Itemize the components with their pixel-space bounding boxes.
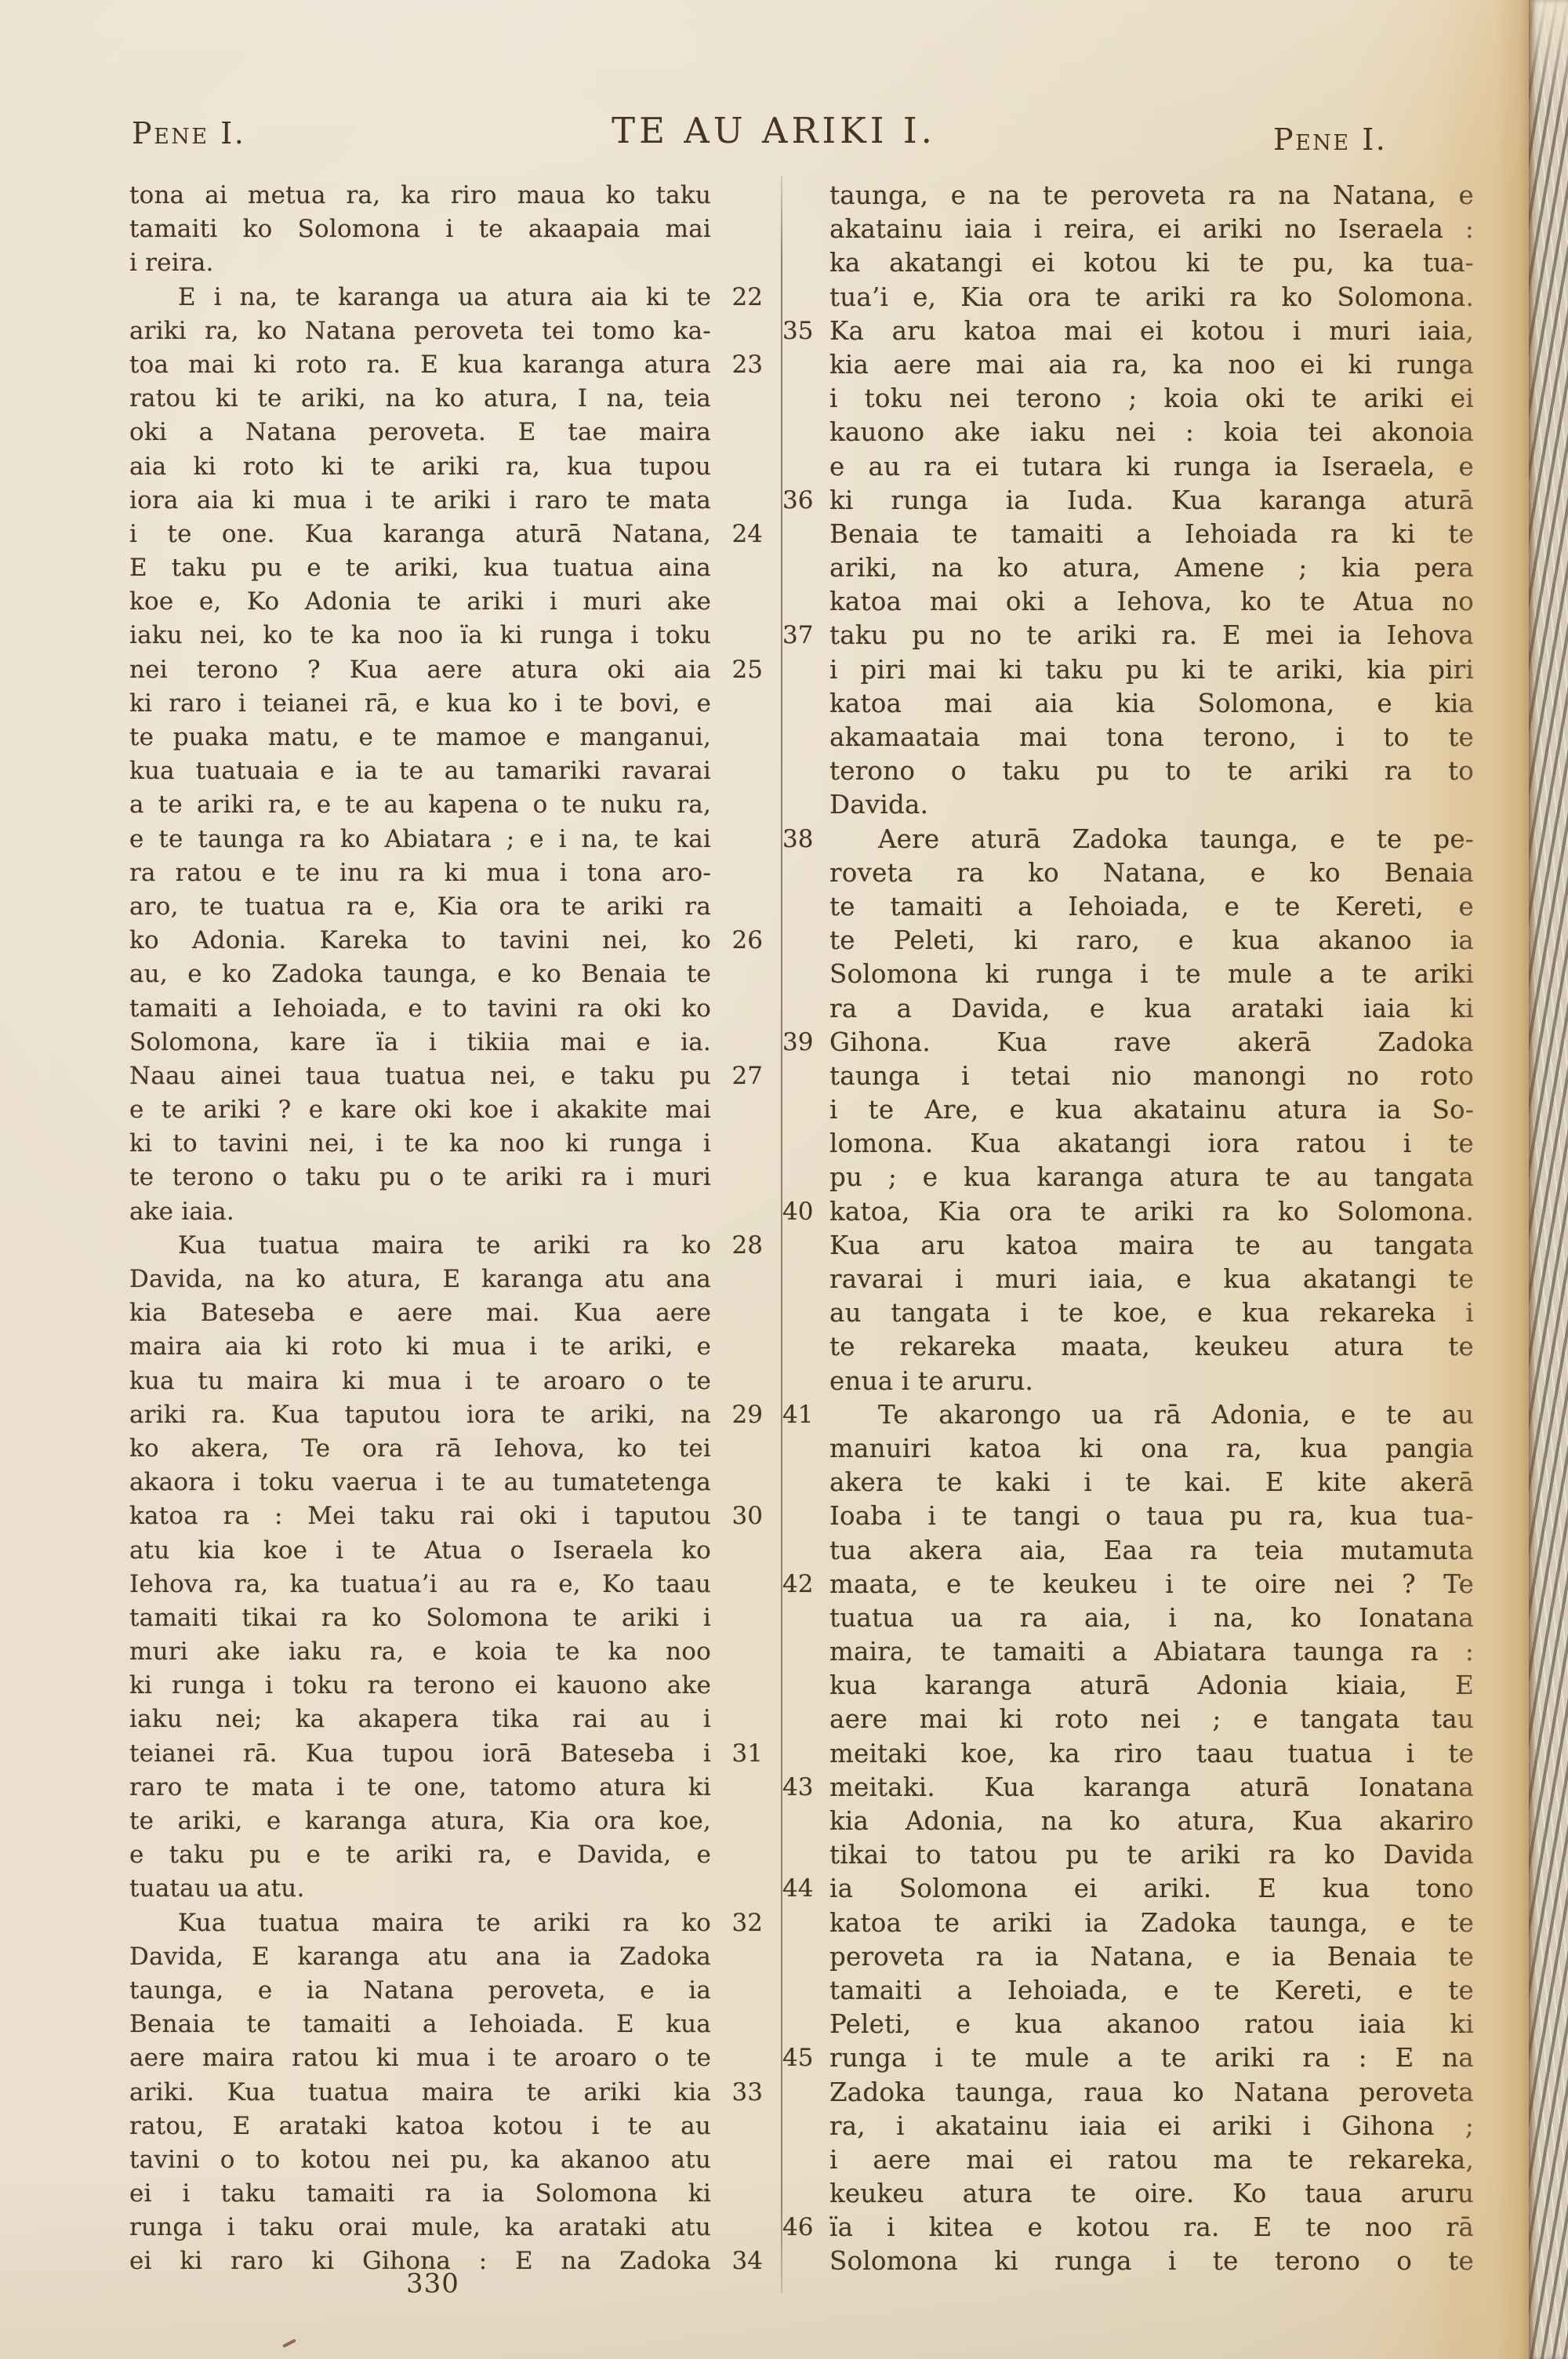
text-line: taku pu no te ariki ra. E mei ia Iehova3… — [829, 619, 1474, 652]
text-line: e te taunga ra ko Abiatara ; e i na, te … — [129, 823, 711, 856]
verse-text: iaku nei; ka akapera tika rai au i — [129, 1703, 711, 1736]
verse-text: Davida. — [829, 788, 1474, 822]
verse-text: oki a Natana peroveta. E tae maira — [129, 416, 711, 449]
verse-text: tona ai metua ra, ka riro maua ko taku — [129, 179, 711, 213]
text-line: Zadoka taunga, raua ko Natana peroveta — [829, 2076, 1474, 2110]
text-line: E i na, te karanga ua atura aia ki te22 — [129, 281, 711, 314]
text-line: tuatau ua atu. — [129, 1872, 711, 1906]
text-line: kia aere mai aia ra, ka noo ei ki runga — [829, 348, 1474, 382]
verse-text: i toku nei terono ; koia oki te ariki ei — [829, 382, 1474, 416]
verse-number: 31 — [716, 1737, 763, 1771]
text-line: E taku pu e te ariki, kua tuatua aina — [129, 551, 711, 585]
text-line: toa mai ki roto ra. E kua karanga atura2… — [129, 348, 711, 382]
text-line: tikai to tatou pu te ariki ra ko Davida — [829, 1838, 1474, 1872]
text-line: tuatua ua ra aia, i na, ko Ionatana — [829, 1601, 1474, 1635]
verse-text: katoa, Kia ora te ariki ra ko Solomona. — [829, 1195, 1474, 1229]
verse-number: 40 — [782, 1195, 823, 1229]
text-line: ariki ra. Kua taputou iora te ariki, na2… — [129, 1398, 711, 1432]
text-line: te ariki, e karanga atura, Kia ora koe, — [129, 1805, 711, 1838]
verse-text: tamaiti a Iehoiada, e to tavini ra oki k… — [129, 992, 711, 1026]
verse-text: terono o taku pu to te ariki ra to — [829, 754, 1474, 788]
verse-text: taunga, e na te peroveta ra na Natana, e — [829, 179, 1474, 213]
text-line: te terono o taku pu o te ariki ra i muri — [129, 1161, 711, 1194]
verse-text: E i na, te karanga ua atura aia ki te — [129, 281, 711, 314]
verse-number: 32 — [716, 1906, 763, 1940]
verse-text: enua i te aruru. — [829, 1365, 1474, 1398]
text-line: ravarai i muri iaia, e kua akatangi te — [829, 1263, 1474, 1296]
text-line: kia Bateseba e aere mai. Kua aere — [129, 1296, 711, 1330]
verse-text: koe e, Ko Adonia te ariki i muri ake — [129, 585, 711, 619]
text-line: a te ariki ra, e te au kapena o te nuku … — [129, 788, 711, 822]
verse-text: Aere aturā Zadoka taunga, e te pe- — [829, 823, 1474, 856]
text-line: iaku nei, ko te ka noo ïa ki runga i tok… — [129, 619, 711, 652]
book-page: Pene I. TE AU ARIKI I. Pene I. tona ai m… — [0, 0, 1568, 2359]
verse-text: katoa mai aia kia Solomona, e kia — [829, 687, 1474, 721]
page-curl — [1450, 0, 1532, 2359]
text-line: ratou ki te ariki, na ko atura, I na, te… — [129, 382, 711, 416]
text-line: teianei rā. Kua tupou iorā Bateseba i31 — [129, 1737, 711, 1771]
verse-text: atu kia koe i te Atua o Iseraela ko — [129, 1534, 711, 1568]
text-line: au tangata i te koe, e kua rekareka i — [829, 1296, 1474, 1330]
text-line: taunga i tetai nio manongi no roto — [829, 1060, 1474, 1093]
text-line: ka akatangi ei kotou ki te pu, ka tua- — [829, 246, 1474, 280]
verse-text: taunga i tetai nio manongi no roto — [829, 1060, 1474, 1093]
verse-text: tamaiti ko Solomona i te akaapaia mai — [129, 213, 711, 246]
text-line: akatainu iaia i reira, ei ariki no Isera… — [829, 213, 1474, 246]
text-line: ki raro i teianei rā, e kua ko i te bovi… — [129, 687, 711, 721]
verse-text: nei terono ? Kua aere atura oki aia — [129, 653, 711, 687]
text-line: ariki, na ko atura, Amene ; kia pera — [829, 551, 1474, 585]
text-line: ïa i kitea e kotou ra. E te noo rā46 — [829, 2211, 1474, 2245]
text-line: i toku nei terono ; koia oki te ariki ei — [829, 382, 1474, 416]
text-line: kauono ake iaku nei : koia tei akonoia — [829, 416, 1474, 449]
text-line: kua karanga aturā Adonia kiaia, E — [829, 1669, 1474, 1703]
verse-text: tuatau ua atu. — [129, 1872, 711, 1906]
verse-number: 37 — [782, 619, 823, 652]
text-line: katoa mai oki a Iehova, ko te Atua no — [829, 585, 1474, 619]
verse-text: teianei rā. Kua tupou iorā Bateseba i — [129, 1737, 711, 1771]
text-line: ei i taku tamaiti ra ia Solomona ki — [129, 2177, 711, 2211]
verse-number: 45 — [782, 2041, 823, 2075]
verse-text: Iehova ra, ka tuatua’i au ra e, Ko taau — [129, 1568, 711, 1601]
text-line: ariki. Kua tuatua maira te ariki kia33 — [129, 2076, 711, 2110]
text-line: pu ; e kua karanga atura te au tangata — [829, 1161, 1474, 1194]
text-line: taunga, e na te peroveta ra na Natana, e — [829, 179, 1474, 213]
verse-text: kua tu maira ki mua i te aroaro o te — [129, 1365, 711, 1398]
verse-text: tavini o to kotou nei pu, ka akanoo atu — [129, 2143, 711, 2177]
text-line: Ka aru katoa mai ei kotou i muri iaia,35 — [829, 314, 1474, 348]
verse-number: 29 — [716, 1398, 763, 1432]
verse-text: roveta ra ko Natana, e ko Benaia — [829, 856, 1474, 890]
text-line: katoa, Kia ora te ariki ra ko Solomona.4… — [829, 1195, 1474, 1229]
verse-text: toa mai ki roto ra. E kua karanga atura — [129, 348, 711, 382]
verse-text: te puaka matu, e te mamoe e manganui, — [129, 721, 711, 754]
verse-text: ariki. Kua tuatua maira te ariki kia — [129, 2076, 711, 2110]
verse-text: maata, e te keukeu i te oire nei ? Te — [829, 1568, 1474, 1601]
verse-text: ko Adonia. Kareka to tavini nei, ko — [129, 924, 711, 958]
text-line: tamaiti ko Solomona i te akaapaia mai — [129, 213, 711, 246]
text-line: manuiri katoa ki ona ra, kua pangia — [829, 1432, 1474, 1466]
text-line: Davida, na ko atura, E karanga atu ana — [129, 1263, 711, 1296]
verse-text: muri ake iaku ra, e koia te ka noo — [129, 1635, 711, 1669]
text-line: katoa mai aia kia Solomona, e kia — [829, 687, 1474, 721]
text-line: Ioaba i te tangi o taua pu ra, kua tua- — [829, 1499, 1474, 1533]
text-line: ko Adonia. Kareka to tavini nei, ko26 — [129, 924, 711, 958]
verse-text: Davida, E karanga atu ana ia Zadoka — [129, 1940, 711, 1974]
text-line: e au ra ei tutara ki runga ia Iseraela, … — [829, 450, 1474, 484]
text-line: e te ariki ? e kare oki koe i akakite ma… — [129, 1093, 711, 1127]
text-line: iora aia ki mua i te ariki i raro te mat… — [129, 484, 711, 518]
verse-text: Solomona, kare ïa i tikiia mai e ia. — [129, 1026, 711, 1060]
text-line: Solomona ki runga i te mule a te ariki — [829, 958, 1474, 991]
verse-text: raro te mata i te one, tatomo atura ki — [129, 1771, 711, 1805]
verse-text: maira, te tamaiti a Abiatara taunga ra : — [829, 1635, 1474, 1669]
verse-number: 22 — [716, 281, 763, 314]
text-line: i te one. Kua karanga aturā Natana,24 — [129, 518, 711, 551]
text-line: enua i te aruru. — [829, 1365, 1474, 1398]
verse-number: 24 — [716, 518, 763, 551]
text-line: aere mai ki roto nei ; e tangata tau — [829, 1703, 1474, 1736]
verse-text: runga i te mule a te ariki ra : E na — [829, 2041, 1474, 2075]
text-line: katoa ra : Mei taku rai oki i taputou30 — [129, 1499, 711, 1533]
text-line: kia Adonia, na ko atura, Kua akariro — [829, 1805, 1474, 1838]
verse-text: i aere mai ei ratou ma te rekareka, — [829, 2143, 1474, 2177]
text-line: meitaki koe, ka riro taau tuatua i te — [829, 1737, 1474, 1771]
text-line: Kua tuatua maira te ariki ra ko32 — [129, 1906, 711, 1940]
verse-text: Zadoka taunga, raua ko Natana peroveta — [829, 2076, 1474, 2110]
verse-text: ki runga i toku ra terono ei kauono ake — [129, 1669, 711, 1703]
verse-number: 33 — [716, 2076, 763, 2110]
verse-text: Kua tuatua maira te ariki ra ko — [129, 1906, 711, 1940]
verse-text: Te akarongo ua rā Adonia, e te au — [829, 1398, 1474, 1432]
verse-text: peroveta ra ia Natana, e ia Benaia te — [829, 1940, 1474, 1974]
text-line: ra ratou e te inu ra ki mua i tona aro- — [129, 856, 711, 890]
verse-text: taku pu no te ariki ra. E mei ia Iehova — [829, 619, 1474, 652]
verse-text: ariki, na ko atura, Amene ; kia pera — [829, 551, 1474, 585]
verse-text: manuiri katoa ki ona ra, kua pangia — [829, 1432, 1474, 1466]
verse-text: e te taunga ra ko Abiatara ; e i na, te … — [129, 823, 711, 856]
verse-number: 41 — [782, 1398, 823, 1432]
text-line: runga i te mule a te ariki ra : E na45 — [829, 2041, 1474, 2075]
text-line: raro te mata i te one, tatomo atura ki — [129, 1771, 711, 1805]
text-line: runga i taku orai mule, ka arataki atu — [129, 2211, 711, 2245]
text-line: akamaataia mai tona terono, i to te — [829, 721, 1474, 754]
text-line: maira aia ki roto ki mua i te ariki, e — [129, 1330, 711, 1364]
verse-text: tua akera aia, Eaa ra teia mutamuta — [829, 1534, 1474, 1568]
verse-text: runga i taku orai mule, ka arataki atu — [129, 2211, 711, 2245]
text-line: roveta ra ko Natana, e ko Benaia — [829, 856, 1474, 890]
running-head-title: TE AU ARIKI I. — [612, 110, 936, 151]
text-line: i reira. — [129, 246, 711, 280]
verse-text: au, e ko Zadoka taunga, e ko Benaia te — [129, 958, 711, 991]
running-head-left: Pene I. — [132, 116, 245, 151]
text-column-right: taunga, e na te peroveta ra na Natana, e… — [829, 179, 1474, 2279]
verse-text: Benaia te tamaiti a Iehoiada. E kua — [129, 2008, 711, 2041]
verse-text: kia aere mai aia ra, ka noo ei ki runga — [829, 348, 1474, 382]
verse-text: te Peleti, ki raro, e kua akanoo ia — [829, 924, 1474, 958]
verse-text: akaora i toku vaerua i te au tumatetenga — [129, 1466, 711, 1499]
text-line: te rekareka maata, keukeu atura te — [829, 1330, 1474, 1364]
verse-text: Ioaba i te tangi o taua pu ra, kua tua- — [829, 1499, 1474, 1533]
verse-text: Ka aru katoa mai ei kotou i muri iaia, — [829, 314, 1474, 348]
running-head-right: Pene I. — [1273, 122, 1387, 157]
verse-text: Naau ainei taua tuatua nei, e taku pu — [129, 1060, 711, 1093]
text-line: ko akera, Te ora rā Iehova, ko tei — [129, 1432, 711, 1466]
verse-text: tamaiti a Iehoiada, e te Kereti, e te — [829, 1974, 1474, 2008]
verse-text: i te one. Kua karanga aturā Natana, — [129, 518, 711, 551]
verse-text: Kua tuatua maira te ariki ra ko — [129, 1229, 711, 1263]
verse-text: ake iaia. — [129, 1195, 711, 1229]
verse-number: 25 — [716, 653, 763, 687]
verse-text: taunga, e ia Natana peroveta, e ia — [129, 1974, 711, 2008]
verse-text: kua tuatuaia e ia te au tamariki ravarai — [129, 754, 711, 788]
verse-number: 36 — [782, 484, 823, 518]
text-line: aere maira ratou ki mua i te aroaro o te — [129, 2041, 711, 2075]
verse-text: iora aia ki mua i te ariki i raro te mat… — [129, 484, 711, 518]
text-line: te tamaiti a Iehoiada, e te Kereti, e — [829, 890, 1474, 924]
text-line: au, e ko Zadoka taunga, e ko Benaia te — [129, 958, 711, 991]
verse-text: katoa mai oki a Iehova, ko te Atua no — [829, 585, 1474, 619]
verse-text: e taku pu e te ariki ra, e Davida, e — [129, 1838, 711, 1872]
verse-text: ravarai i muri iaia, e kua akatangi te — [829, 1263, 1474, 1296]
text-line: aro, te tuatua ra e, Kia ora te ariki ra — [129, 890, 711, 924]
verse-text: tua’i e, Kia ora te ariki ra ko Solomona… — [829, 281, 1474, 314]
verse-text: kauono ake iaku nei : koia tei akonoia — [829, 416, 1474, 449]
verse-text: ki raro i teianei rā, e kua ko i te bovi… — [129, 687, 711, 721]
text-line: tamaiti a Iehoiada, e to tavini ra oki k… — [129, 992, 711, 1026]
verse-text: te tamaiti a Iehoiada, e te Kereti, e — [829, 890, 1474, 924]
text-line: oki a Natana peroveta. E tae maira — [129, 416, 711, 449]
verse-text: akera te kaki i te kai. E kite akerā — [829, 1466, 1474, 1499]
text-line: terono o taku pu to te ariki ra to — [829, 754, 1474, 788]
verse-text: tikai to tatou pu te ariki ra ko Davida — [829, 1838, 1474, 1872]
verse-number: 42 — [782, 1568, 823, 1601]
page-number: 330 — [406, 2268, 459, 2299]
text-line: ra, i akatainu iaia ei ariki i Gihona ; — [829, 2110, 1474, 2143]
verse-text: aro, te tuatua ra e, Kia ora te ariki ra — [129, 890, 711, 924]
verse-text: a te ariki ra, e te au kapena o te nuku … — [129, 788, 711, 822]
verse-text: akatainu iaia i reira, ei ariki no Isera… — [829, 213, 1474, 246]
text-line: Kua aru katoa maira te au tangata — [829, 1229, 1474, 1263]
verse-text: meitaki koe, ka riro taau tuatua i te — [829, 1737, 1474, 1771]
text-line: ki to tavini nei, i te ka noo ki runga i — [129, 1127, 711, 1161]
text-line: te Peleti, ki raro, e kua akanoo ia — [829, 924, 1474, 958]
text-line: Solomona ki runga i te terono o te — [829, 2245, 1474, 2278]
text-line: Gihona. Kua rave akerā Zadoka39 — [829, 1026, 1474, 1060]
verse-text: Peleti, e kua akanoo ratou iaia ki — [829, 2008, 1474, 2041]
text-line: tamaiti a Iehoiada, e te Kereti, e te — [829, 1974, 1474, 2008]
text-line: Naau ainei taua tuatua nei, e taku pu27 — [129, 1060, 711, 1093]
verse-text: ra ratou e te inu ra ki mua i tona aro- — [129, 856, 711, 890]
verse-number: 28 — [716, 1229, 763, 1263]
text-line: taunga, e ia Natana peroveta, e ia — [129, 1974, 711, 2008]
verse-text: Solomona ki runga i te terono o te — [829, 2245, 1474, 2278]
verse-text: ariki ra. Kua taputou iora te ariki, na — [129, 1398, 711, 1432]
verse-text: tamaiti tikai ra ko Solomona te ariki i — [129, 1601, 711, 1635]
verse-text: pu ; e kua karanga atura te au tangata — [829, 1161, 1474, 1194]
text-line: aia ki roto ki te ariki ra, kua tupou — [129, 450, 711, 484]
verse-text: iaku nei, ko te ka noo ïa ki runga i tok… — [129, 619, 711, 652]
text-line: Iehova ra, ka tuatua’i au ra e, Ko taau — [129, 1568, 711, 1601]
text-line: ki runga i toku ra terono ei kauono ake — [129, 1669, 711, 1703]
text-line: peroveta ra ia Natana, e ia Benaia te — [829, 1940, 1474, 1974]
verse-text: kia Adonia, na ko atura, Kua akariro — [829, 1805, 1474, 1838]
text-line: e taku pu e te ariki ra, e Davida, e — [129, 1838, 711, 1872]
text-line: Aere aturā Zadoka taunga, e te pe-38 — [829, 823, 1474, 856]
verse-text: te terono o taku pu o te ariki ra i muri — [129, 1161, 711, 1194]
verse-text: ko akera, Te ora rā Iehova, ko tei — [129, 1432, 711, 1466]
text-line: i te Are, e kua akatainu atura ia So- — [829, 1093, 1474, 1127]
text-line: maata, e te keukeu i te oire nei ? Te42 — [829, 1568, 1474, 1601]
verse-text: lomona. Kua akatangi iora ratou i te — [829, 1127, 1474, 1161]
verse-text: aere maira ratou ki mua i te aroaro o te — [129, 2041, 711, 2075]
verse-text: katoa ra : Mei taku rai oki i taputou — [129, 1499, 711, 1533]
verse-text: keukeu atura te oire. Ko taua aruru — [829, 2177, 1474, 2211]
text-line: koe e, Ko Adonia te ariki i muri ake — [129, 585, 711, 619]
verse-number: 43 — [782, 1771, 823, 1805]
text-line: atu kia koe i te Atua o Iseraela ko — [129, 1534, 711, 1568]
verse-text: ariki ra, ko Natana peroveta tei tomo ka… — [129, 314, 711, 348]
verse-text: meitaki. Kua karanga aturā Ionatana — [829, 1771, 1474, 1805]
next-page-edge — [1529, 0, 1568, 2359]
verse-number: 27 — [716, 1060, 763, 1093]
text-line: ra a Davida, e kua arataki iaia ki — [829, 992, 1474, 1026]
verse-text: ratou ki te ariki, na ko atura, I na, te… — [129, 382, 711, 416]
verse-text: e te ariki ? e kare oki koe i akakite ma… — [129, 1093, 711, 1127]
verse-text: ka akatangi ei kotou ki te pu, ka tua- — [829, 246, 1474, 280]
text-line: akera te kaki i te kai. E kite akerā — [829, 1466, 1474, 1499]
verse-text: maira aia ki roto ki mua i te ariki, e — [129, 1330, 711, 1364]
text-line: Benaia te tamaiti a Iehoiada ra ki te — [829, 518, 1474, 551]
verse-number: 26 — [716, 924, 763, 958]
text-line: Peleti, e kua akanoo ratou iaia ki — [829, 2008, 1474, 2041]
text-line: meitaki. Kua karanga aturā Ionatana43 — [829, 1771, 1474, 1805]
text-line: Solomona, kare ïa i tikiia mai e ia. — [129, 1026, 711, 1060]
verse-text: e au ra ei tutara ki runga ia Iseraela, … — [829, 450, 1474, 484]
verse-number: 46 — [782, 2211, 823, 2245]
verse-number: 23 — [716, 348, 763, 382]
verse-text: ki runga ia Iuda. Kua karanga aturā — [829, 484, 1474, 518]
verse-text: katoa te ariki ia Zadoka taunga, e te — [829, 1906, 1474, 1940]
verse-text: Solomona ki runga i te mule a te ariki — [829, 958, 1474, 991]
verse-text: ra a Davida, e kua arataki iaia ki — [829, 992, 1474, 1026]
verse-text: te ariki, e karanga atura, Kia ora koe, — [129, 1805, 711, 1838]
verse-text: ratou, E arataki katoa kotou i te au — [129, 2110, 711, 2143]
verse-text: aere mai ki roto nei ; e tangata tau — [829, 1703, 1474, 1736]
text-line: tua’i e, Kia ora te ariki ra ko Solomona… — [829, 281, 1474, 314]
text-line: Davida, E karanga atu ana ia Zadoka — [129, 1940, 711, 1974]
text-line: nei terono ? Kua aere atura oki aia25 — [129, 653, 711, 687]
verse-text: ia Solomona ei ariki. E kua tono — [829, 1872, 1474, 1906]
text-line: ratou, E arataki katoa kotou i te au — [129, 2110, 711, 2143]
verse-number: 44 — [782, 1872, 823, 1906]
text-line: lomona. Kua akatangi iora ratou i te — [829, 1127, 1474, 1161]
text-line: ia Solomona ei ariki. E kua tono44 — [829, 1872, 1474, 1906]
verse-text: ïa i kitea e kotou ra. E te noo rā — [829, 2211, 1474, 2245]
text-line: i aere mai ei ratou ma te rekareka, — [829, 2143, 1474, 2177]
text-line: tamaiti tikai ra ko Solomona te ariki i — [129, 1601, 711, 1635]
verse-text: kia Bateseba e aere mai. Kua aere — [129, 1296, 711, 1330]
verse-text: te rekareka maata, keukeu atura te — [829, 1330, 1474, 1364]
verse-number: 34 — [716, 2245, 763, 2278]
text-line: Kua tuatua maira te ariki ra ko28 — [129, 1229, 711, 1263]
verse-text: ki to tavini nei, i te ka noo ki runga i — [129, 1127, 711, 1161]
verse-number: 38 — [782, 823, 823, 856]
verse-text: i te Are, e kua akatainu atura ia So- — [829, 1093, 1474, 1127]
verse-text: Kua aru katoa maira te au tangata — [829, 1229, 1474, 1263]
pen-mark — [282, 2339, 296, 2348]
verse-text: E taku pu e te ariki, kua tuatua aina — [129, 551, 711, 585]
text-column-left: tona ai metua ra, ka riro maua ko takuta… — [129, 179, 711, 2279]
text-line: ake iaia. — [129, 1195, 711, 1229]
text-line: tavini o to kotou nei pu, ka akanoo atu — [129, 2143, 711, 2177]
text-line: muri ake iaku ra, e koia te ka noo — [129, 1635, 711, 1669]
text-line: tona ai metua ra, ka riro maua ko taku — [129, 179, 711, 213]
verse-text: ei i taku tamaiti ra ia Solomona ki — [129, 2177, 711, 2211]
verse-text: akamaataia mai tona terono, i to te — [829, 721, 1474, 754]
text-line: iaku nei; ka akapera tika rai au i — [129, 1703, 711, 1736]
text-line: kua tuatuaia e ia te au tamariki ravarai — [129, 754, 711, 788]
text-line: te puaka matu, e te mamoe e manganui, — [129, 721, 711, 754]
verse-text: Gihona. Kua rave akerā Zadoka — [829, 1026, 1474, 1060]
text-line: akaora i toku vaerua i te au tumatetenga — [129, 1466, 711, 1499]
book-fore-edge — [1450, 0, 1568, 2359]
verse-text: ra, i akatainu iaia ei ariki i Gihona ; — [829, 2110, 1474, 2143]
verse-text: tuatua ua ra aia, i na, ko Ionatana — [829, 1601, 1474, 1635]
text-line: kua tu maira ki mua i te aroaro o te — [129, 1365, 711, 1398]
verse-text: i piri mai ki taku pu ki te ariki, kia p… — [829, 653, 1474, 687]
text-line: maira, te tamaiti a Abiatara taunga ra : — [829, 1635, 1474, 1669]
text-line: Te akarongo ua rā Adonia, e te au41 — [829, 1398, 1474, 1432]
verse-text: au tangata i te koe, e kua rekareka i — [829, 1296, 1474, 1330]
verse-text: kua karanga aturā Adonia kiaia, E — [829, 1669, 1474, 1703]
verse-text: Davida, na ko atura, E karanga atu ana — [129, 1263, 711, 1296]
verse-text: Benaia te tamaiti a Iehoiada ra ki te — [829, 518, 1474, 551]
text-line: ariki ra, ko Natana peroveta tei tomo ka… — [129, 314, 711, 348]
text-line: Davida. — [829, 788, 1474, 822]
text-line: Benaia te tamaiti a Iehoiada. E kua — [129, 2008, 711, 2041]
verse-number: 30 — [716, 1499, 763, 1533]
verse-text: i reira. — [129, 246, 711, 280]
verse-number: 39 — [782, 1026, 823, 1060]
text-line: ki runga ia Iuda. Kua karanga aturā36 — [829, 484, 1474, 518]
text-line: keukeu atura te oire. Ko taua aruru — [829, 2177, 1474, 2211]
text-line: katoa te ariki ia Zadoka taunga, e te — [829, 1906, 1474, 1940]
text-line: i piri mai ki taku pu ki te ariki, kia p… — [829, 653, 1474, 687]
text-line: tua akera aia, Eaa ra teia mutamuta — [829, 1534, 1474, 1568]
verse-number: 35 — [782, 314, 823, 348]
verse-text: aia ki roto ki te ariki ra, kua tupou — [129, 450, 711, 484]
